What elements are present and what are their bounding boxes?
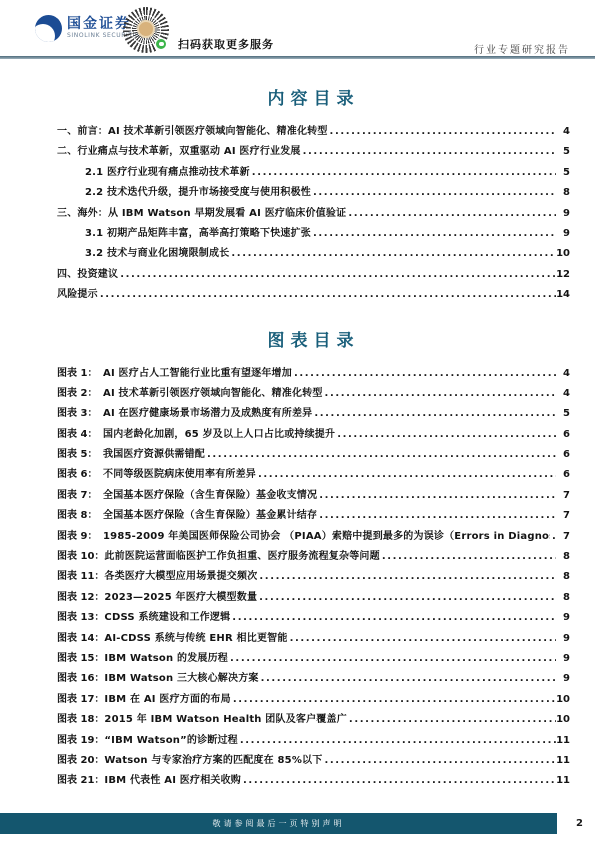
page-number: 2 (576, 813, 583, 834)
figure-item-text: CDSS 系统建设和工作逻辑 (104, 608, 230, 628)
figure-item-page: 10 (556, 710, 570, 730)
figure-toc-item[interactable]: 图表 3：AI 在医疗健康场景市场潜力及成熟度有所差异5 (57, 401, 570, 421)
toc-item-page: 9 (556, 224, 570, 244)
figure-item-label: 图表 16： (57, 669, 104, 689)
figure-item-page: 7 (556, 506, 570, 526)
figure-toc-item[interactable]: 图表 13：CDSS 系统建设和工作逻辑9 (57, 605, 570, 625)
figure-toc-item[interactable]: 图表 14：AI-CDSS 系统与传统 EHR 相比更智能9 (57, 626, 570, 646)
footer-disclaimer-text: 敬请参阅最后一页特别声明 (213, 818, 345, 829)
toc-item-text: 三、海外：从 IBM Watson 早期发展看 AI 医疗临床价值验证 (57, 204, 346, 224)
figure-toc-item[interactable]: 图表 21：IBM 代表性 AI 医疗相关收购11 (57, 768, 570, 788)
figure-item-text: AI 在医疗健康场景市场潜力及成熟度有所差异 (103, 404, 312, 424)
dot-leader (98, 282, 556, 305)
toc-item-page: 8 (556, 183, 570, 203)
figure-item-label: 图表 19： (57, 731, 104, 751)
content-toc-list: 一、前言：AI 技术革新引领医疗领域向智能化、精准化转型4二、行业痛点与技术革新… (57, 119, 570, 303)
sinolink-logo-icon (35, 15, 62, 42)
figure-item-label: 图表 8： (57, 506, 103, 526)
page-header: 国金证券 SINOLINK SECURITIES 扫码获取更多服务 行业专题研究… (0, 0, 595, 58)
toc-item-page: 5 (556, 163, 570, 183)
figure-toc-item[interactable]: 图表 10：此前医院运营面临医护工作负担重、医疗服务流程复杂等问题8 (57, 544, 570, 564)
figure-toc-item[interactable]: 图表 19：“IBM Watson”的诊断过程11 (57, 728, 570, 748)
figure-toc-item[interactable]: 图表 17：IBM 在 AI 医疗方面的布局10 (57, 687, 570, 707)
figure-item-label: 图表 13： (57, 608, 104, 628)
figure-item-page: 6 (556, 425, 570, 445)
figure-item-page: 6 (556, 445, 570, 465)
figure-toc-item[interactable]: 图表 1：AI 医疗占人工智能行业比重有望逐年增加4 (57, 361, 570, 381)
figure-item-text: AI 医疗占人工智能行业比重有望逐年增加 (103, 364, 292, 384)
figure-item-page: 8 (556, 547, 570, 567)
figure-toc-item[interactable]: 图表 11：各类医疗大模型应用场景提交频次8 (57, 564, 570, 584)
toc-item-page: 12 (556, 265, 570, 285)
figure-item-text: 不同等级医院病床使用率有所差异 (103, 465, 256, 485)
figure-toc-item[interactable]: 图表 4：国内老龄化加剧，65 岁及以上人口占比或持续提升6 (57, 422, 570, 442)
figure-toc-item[interactable]: 图表 8：全国基本医疗保险（含生育保险）基金累计结存7 (57, 503, 570, 523)
figure-item-label: 图表 10： (57, 547, 104, 567)
qr-center-coin-icon (137, 20, 155, 38)
content-toc-item[interactable]: 风险提示14 (57, 282, 570, 302)
figure-item-label: 图表 14： (57, 629, 104, 649)
toc-item-page: 9 (556, 204, 570, 224)
figure-toc-item[interactable]: 图表 16：IBM Watson 三大核心解决方案9 (57, 666, 570, 686)
figure-item-page: 7 (556, 527, 570, 547)
figure-toc-item[interactable]: 图表 15：IBM Watson 的发展历程9 (57, 646, 570, 666)
figure-toc-item[interactable]: 图表 5：我国医疗资源供需错配6 (57, 442, 570, 462)
figure-toc-item[interactable]: 图表 7：全国基本医疗保险（含生育保险）基金收支情况7 (57, 483, 570, 503)
qr-code-icon (123, 7, 169, 53)
figure-item-page: 9 (556, 608, 570, 628)
figure-item-label: 图表 6： (57, 465, 103, 485)
figure-item-page: 10 (556, 690, 570, 710)
figure-toc-list: 图表 1：AI 医疗占人工智能行业比重有望逐年增加4图表 2：AI 技术革新引领… (57, 361, 570, 789)
figure-item-text: “IBM Watson”的诊断过程 (104, 731, 237, 751)
figure-item-page: 8 (556, 567, 570, 587)
dot-leader (241, 768, 556, 791)
figure-item-text: 全国基本医疗保险（含生育保险）基金累计结存 (103, 506, 317, 526)
figure-toc-item[interactable]: 图表 9：1985-2009 年美国医师保险公司协会 （PIAA）索赔中提到最多… (57, 524, 570, 544)
figure-item-page: 8 (556, 588, 570, 608)
report-type-label: 行业专题研究报告 (474, 41, 570, 56)
figure-item-label: 图表 18： (57, 710, 104, 730)
toc-item-page: 4 (556, 122, 570, 142)
figure-item-page: 7 (556, 486, 570, 506)
figure-item-text: IBM Watson 的发展历程 (104, 649, 228, 669)
figure-toc-title: 图表目录 (57, 330, 570, 352)
content-toc-item[interactable]: 三、海外：从 IBM Watson 早期发展看 AI 医疗临床价值验证9 (57, 201, 570, 221)
figure-item-text: 各类医疗大模型应用场景提交频次 (104, 567, 257, 587)
figure-item-page: 5 (556, 404, 570, 424)
figure-item-page: 11 (556, 731, 570, 751)
figure-item-text: IBM 代表性 AI 医疗相关收购 (104, 771, 241, 791)
figure-item-label: 图表 12： (57, 588, 104, 608)
figure-item-label: 图表 4： (57, 425, 103, 445)
figure-item-label: 图表 20： (57, 751, 104, 771)
figure-item-page: 11 (556, 751, 570, 771)
content-toc-title: 内容目录 (57, 88, 570, 110)
figure-item-page: 6 (556, 465, 570, 485)
toc-content: 内容目录 一、前言：AI 技术革新引领医疗领域向智能化、精准化转型4二、行业痛点… (0, 58, 595, 789)
figure-toc-item[interactable]: 图表 6：不同等级医院病床使用率有所差异6 (57, 462, 570, 482)
content-toc-item[interactable]: 3.1 初期产品矩阵丰富，高举高打策略下快速扩张9 (57, 221, 570, 241)
figure-item-label: 图表 2： (57, 384, 103, 404)
toc-item-text: 2.1 医疗行业现有痛点推动技术革新 (85, 163, 250, 183)
footer-disclaimer-bar: 敬请参阅最后一页特别声明 (0, 813, 557, 834)
figure-item-page: 4 (556, 384, 570, 404)
figure-item-text: 我国医疗资源供需错配 (103, 445, 205, 465)
figure-item-page: 4 (556, 364, 570, 384)
toc-item-page: 5 (556, 142, 570, 162)
content-toc-item[interactable]: 二、行业痛点与技术革新，双重驱动 AI 医疗行业发展5 (57, 139, 570, 159)
figure-item-label: 图表 17： (57, 690, 104, 710)
qr-caption: 扫码获取更多服务 (178, 36, 274, 52)
content-toc-item[interactable]: 2.1 医疗行业现有痛点推动技术革新5 (57, 160, 570, 180)
report-page: 国金证券 SINOLINK SECURITIES 扫码获取更多服务 行业专题研究… (0, 0, 595, 842)
figure-item-label: 图表 21： (57, 771, 104, 791)
figure-item-page: 9 (556, 629, 570, 649)
figure-item-label: 图表 7： (57, 486, 103, 506)
figure-toc-item[interactable]: 图表 20：Watson 与专家治疗方案的匹配度在 85%以下11 (57, 748, 570, 768)
figure-toc-item[interactable]: 图表 2：AI 技术革新引领医疗领域向智能化、精准化转型4 (57, 381, 570, 401)
content-toc-item[interactable]: 2.2 技术迭代升级，提升市场接受度与使用积极性8 (57, 180, 570, 200)
toc-item-text: 风险提示 (57, 285, 98, 305)
figure-toc-item[interactable]: 图表 18：2015 年 IBM Watson Health 团队及客户覆盖广1… (57, 707, 570, 727)
figure-toc-item[interactable]: 图表 12：2023—2025 年医疗大模型数量8 (57, 585, 570, 605)
toc-item-page: 14 (556, 285, 570, 305)
figure-item-label: 图表 9： (57, 527, 103, 547)
figure-item-label: 图表 1： (57, 364, 103, 384)
figure-item-text: 全国基本医疗保险（含生育保险）基金收支情况 (103, 486, 317, 506)
figure-item-page: 9 (556, 649, 570, 669)
content-toc-item[interactable]: 3.2 技术与商业化困境限制成长10 (57, 241, 570, 261)
figure-item-label: 图表 5： (57, 445, 103, 465)
figure-item-label: 图表 3： (57, 404, 103, 424)
figure-item-label: 图表 15： (57, 649, 104, 669)
figure-item-text: AI 技术革新引领医疗领域向智能化、精准化转型 (103, 384, 323, 404)
toc-item-page: 10 (556, 244, 570, 264)
figure-item-label: 图表 11： (57, 567, 104, 587)
figure-item-page: 9 (556, 669, 570, 689)
wechat-icon (155, 38, 167, 50)
toc-item-text: 2.2 技术迭代升级，提升市场接受度与使用积极性 (85, 183, 311, 203)
content-toc-item[interactable]: 一、前言：AI 技术革新引领医疗领域向智能化、精准化转型4 (57, 119, 570, 139)
figure-item-page: 11 (556, 771, 570, 791)
toc-item-text: 一、前言：AI 技术革新引领医疗领域向智能化、精准化转型 (57, 122, 328, 142)
content-toc-item[interactable]: 四、投资建议12 (57, 262, 570, 282)
figure-item-text: IBM 在 AI 医疗方面的布局 (104, 690, 230, 710)
dot-leader (317, 503, 556, 526)
